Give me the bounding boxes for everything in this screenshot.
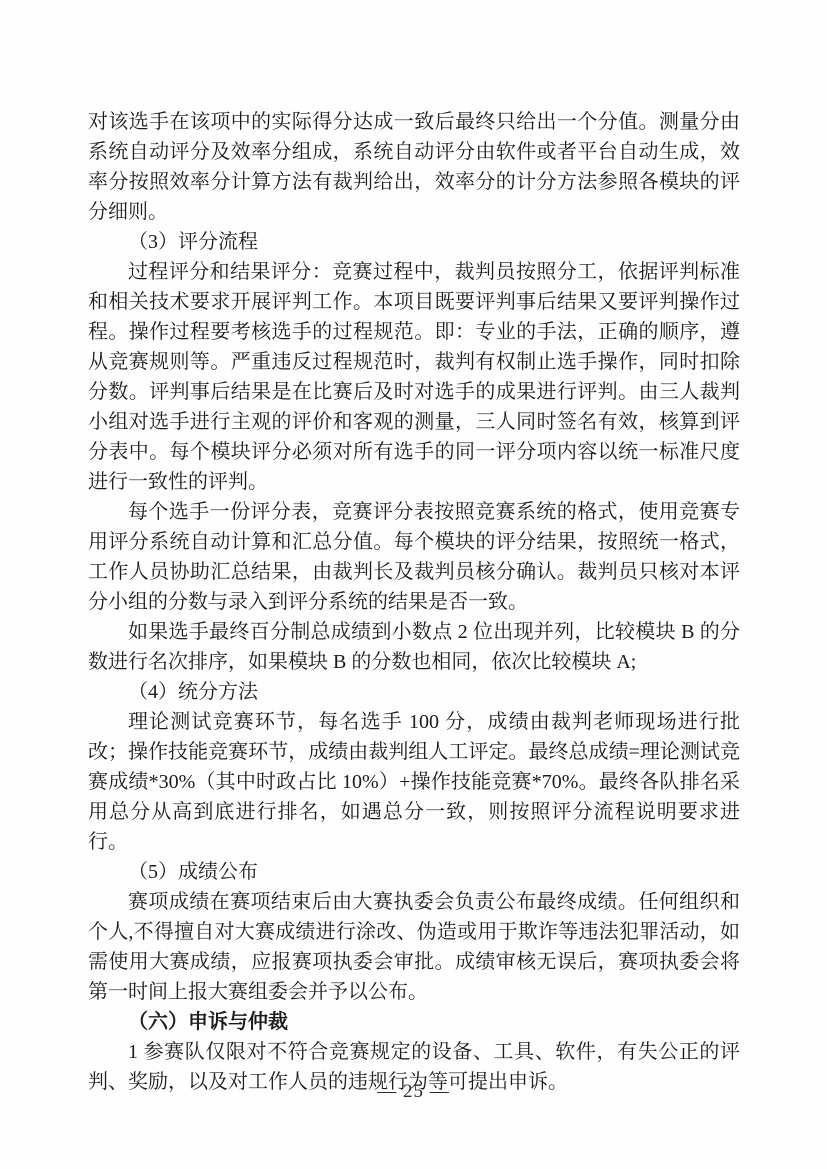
paragraph: 理论测试竞赛环节，每名选手 100 分，成绩由裁判老师现场进行批改；操作技能竞赛… (88, 707, 740, 857)
paragraph: （3）评分流程 (88, 227, 740, 257)
paragraph: 过程评分和结果评分：竞赛过程中，裁判员按照分工，依据评判标准和相关技术要求开展评… (88, 257, 740, 497)
document-page: 对该选手在该项中的实际得分达成一致后最终只给出一个分值。测量分由系统自动评分及效… (0, 0, 827, 1169)
paragraph: （5）成绩公布 (88, 857, 740, 887)
paragraph: 如果选手最终百分制总成绩到小数点 2 位出现并列，比较模块 B 的分数进行名次排… (88, 617, 740, 677)
paragraph: 赛项成绩在赛项结束后由大赛执委会负责公布最终成绩。任何组织和个人,不得擅自对大赛… (88, 887, 740, 1007)
paragraph: 每个选手一份评分表，竞赛评分表按照竞赛系统的格式，使用竞赛专用评分系统自动计算和… (88, 497, 740, 617)
section-heading: （六）申诉与仲裁 (88, 1007, 740, 1037)
document-body: 对该选手在该项中的实际得分达成一致后最终只给出一个分值。测量分由系统自动评分及效… (88, 107, 740, 1097)
page-number: — 25 — (0, 1081, 827, 1103)
paragraph: 对该选手在该项中的实际得分达成一致后最终只给出一个分值。测量分由系统自动评分及效… (88, 107, 740, 227)
paragraph: （4）统分方法 (88, 677, 740, 707)
